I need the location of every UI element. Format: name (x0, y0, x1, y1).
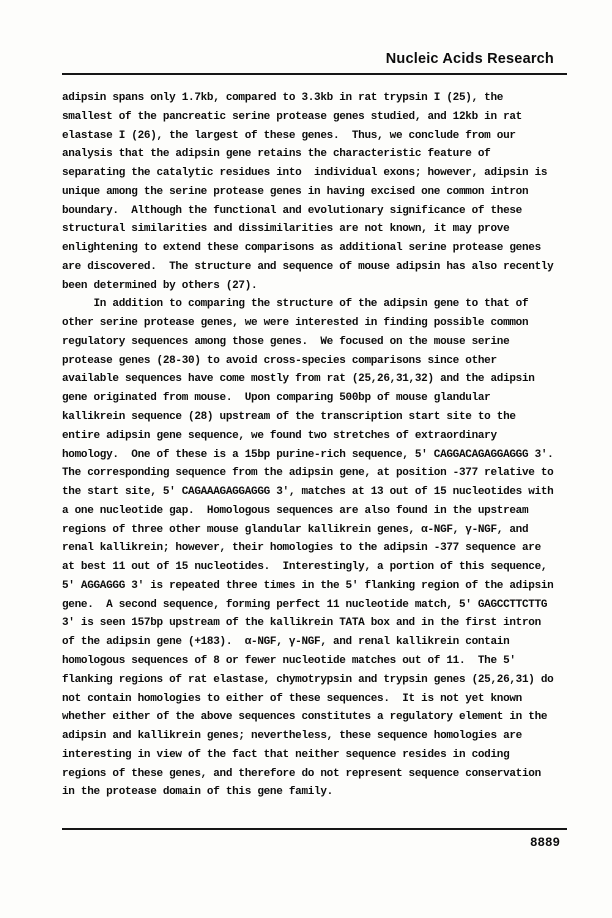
body-line: not contain homologies to either of thes… (62, 690, 562, 709)
footer-rule (62, 828, 567, 830)
body-line: in the protease domain of this gene fami… (62, 783, 562, 802)
body-line: 3' is seen 157bp upstream of the kallikr… (62, 614, 562, 633)
body-line: are discovered. The structure and sequen… (62, 258, 562, 277)
body-line: available sequences have come mostly fro… (62, 370, 562, 389)
body-line: 5' AGGAGGG 3' is repeated three times in… (62, 577, 562, 596)
body-line: regulatory sequences among those genes. … (62, 333, 562, 352)
body-line: structural similarities and dissimilarit… (62, 220, 562, 239)
body-line: regions of three other mouse glandular k… (62, 521, 562, 540)
body-line: protease genes (28-30) to avoid cross-sp… (62, 352, 562, 371)
body-line: smallest of the pancreatic serine protea… (62, 108, 562, 127)
body-line: interesting in view of the fact that nei… (62, 746, 562, 765)
body-line: homologous sequences of 8 or fewer nucle… (62, 652, 562, 671)
body-line: analysis that the adipsin gene retains t… (62, 145, 562, 164)
body-line: regions of these genes, and therefore do… (62, 765, 562, 784)
page-body-text: adipsin spans only 1.7kb, compared to 3.… (62, 89, 562, 802)
body-line: gene. A second sequence, forming perfect… (62, 596, 562, 615)
body-line: kallikrein sequence (28) upstream of the… (62, 408, 562, 427)
body-line: gene originated from mouse. Upon compari… (62, 389, 562, 408)
body-line: a one nucleotide gap. Homologous sequenc… (62, 502, 562, 521)
header-rule (62, 73, 567, 75)
body-line: enlightening to extend these comparisons… (62, 239, 562, 258)
body-line: other serine protease genes, we were int… (62, 314, 562, 333)
body-line: adipsin and kallikrein genes; neverthele… (62, 727, 562, 746)
body-line: separating the catalytic residues into i… (62, 164, 562, 183)
body-line: at best 11 out of 15 nucleotides. Intere… (62, 558, 562, 577)
body-line: adipsin spans only 1.7kb, compared to 3.… (62, 89, 562, 108)
body-line: boundary. Although the functional and ev… (62, 202, 562, 221)
body-line: renal kallikrein; however, their homolog… (62, 539, 562, 558)
body-line: elastase I (26), the largest of these ge… (62, 127, 562, 146)
body-line: homology. One of these is a 15bp purine-… (62, 446, 562, 465)
body-line: unique among the serine protease genes i… (62, 183, 562, 202)
body-line: whether either of the above sequences co… (62, 708, 562, 727)
body-line: the start site, 5' CAGAAAGAGGAGGG 3', ma… (62, 483, 562, 502)
body-line: been determined by others (27). (62, 277, 562, 296)
body-line: entire adipsin gene sequence, we found t… (62, 427, 562, 446)
journal-page: Nucleic Acids Research adipsin spans onl… (0, 0, 612, 918)
body-line: The corresponding sequence from the adip… (62, 464, 562, 483)
body-line paragraph-start: In addition to comparing the structure o… (62, 295, 562, 314)
body-line: flanking regions of rat elastase, chymot… (62, 671, 562, 690)
body-line: of the adipsin gene (+183). α-NGF, γ-NGF… (62, 633, 562, 652)
journal-header-title: Nucleic Acids Research (386, 51, 554, 67)
page-number: 8889 (530, 836, 560, 850)
